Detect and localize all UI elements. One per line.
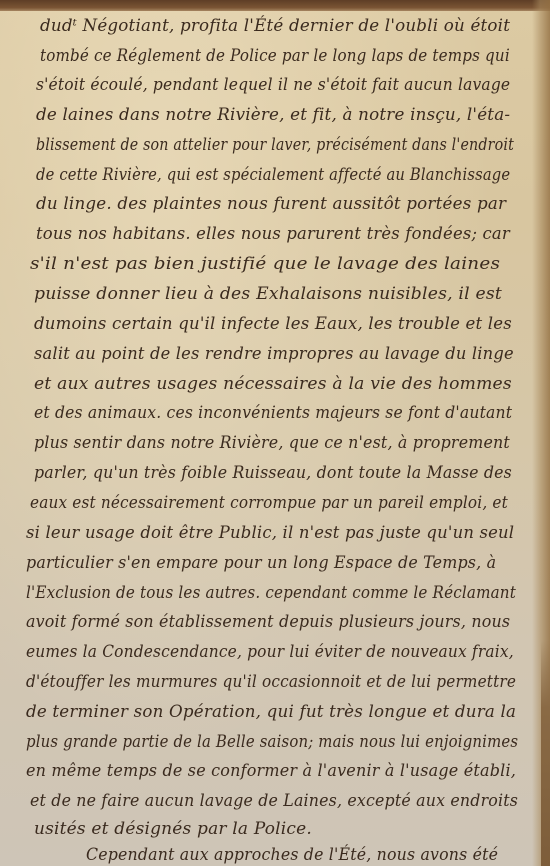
manuscript-line: particulier s'en empare pour un long Esp… [26, 553, 496, 573]
manuscript-page: dudᵗ Négotiant, profita l'Été dernier de… [0, 0, 550, 866]
manuscript-line: puisse donner lieu à des Exhalaisons nui… [34, 284, 502, 304]
manuscript-line: du linge. des plaintes nous furent aussi… [36, 194, 506, 214]
manuscript-line: Cependant aux approches de l'Été, nous a… [86, 845, 498, 865]
manuscript-line: s'il n'est pas bien justifié que le lava… [30, 254, 500, 274]
manuscript-line: eaux est nécessairement corrompue par un… [30, 493, 508, 513]
manuscript-line: plus grande partie de la Belle saison; m… [26, 732, 518, 752]
manuscript-line: si leur usage doit être Public, il n'est… [26, 523, 514, 543]
manuscript-line: d'étouffer les murmures qu'il occasionno… [26, 672, 516, 692]
manuscript-line: eumes la Condescendance, pour lui éviter… [26, 642, 514, 662]
manuscript-line: parler, qu'un très foible Ruisseau, dont… [34, 463, 512, 483]
manuscript-line: dumoins certain qu'il infecte les Eaux, … [34, 314, 512, 334]
manuscript-line: de terminer son Opération, qui fut très … [26, 702, 516, 722]
manuscript-line: de laines dans notre Rivière, et fit, à … [36, 105, 510, 125]
manuscript-line: et des animaux. ces inconvénients majeur… [34, 403, 512, 423]
manuscript-line: et de ne faire aucun lavage de Laines, e… [30, 791, 518, 811]
manuscript-line: de cette Rivière, qui est spécialement a… [36, 165, 510, 185]
manuscript-line: tombé ce Réglement de Police par le long… [40, 46, 510, 66]
page-right-binding-strip [541, 640, 550, 866]
manuscript-line: et aux autres usages nécessaires à la vi… [34, 374, 512, 394]
page-top-edge [0, 0, 550, 11]
manuscript-line: s'étoit écoulé, pendant lequel il ne s'é… [36, 75, 510, 95]
manuscript-line: usités et désignés par la Police. [34, 819, 312, 839]
manuscript-line: en même temps de se conformer à l'avenir… [26, 761, 516, 781]
manuscript-line: tous nos habitans. elles nous parurent t… [36, 224, 510, 244]
manuscript-line: dudᵗ Négotiant, profita l'Été dernier de… [40, 16, 510, 36]
manuscript-line: blissement de son attelier pour laver, p… [36, 135, 514, 155]
manuscript-line: avoit formé son établissement depuis plu… [26, 612, 510, 632]
manuscript-line: l'Exclusion de tous les autres. cependan… [26, 583, 516, 603]
manuscript-line: salit au point de les rendre impropres a… [34, 344, 514, 364]
manuscript-line: plus sentir dans notre Rivière, que ce n… [34, 433, 510, 453]
